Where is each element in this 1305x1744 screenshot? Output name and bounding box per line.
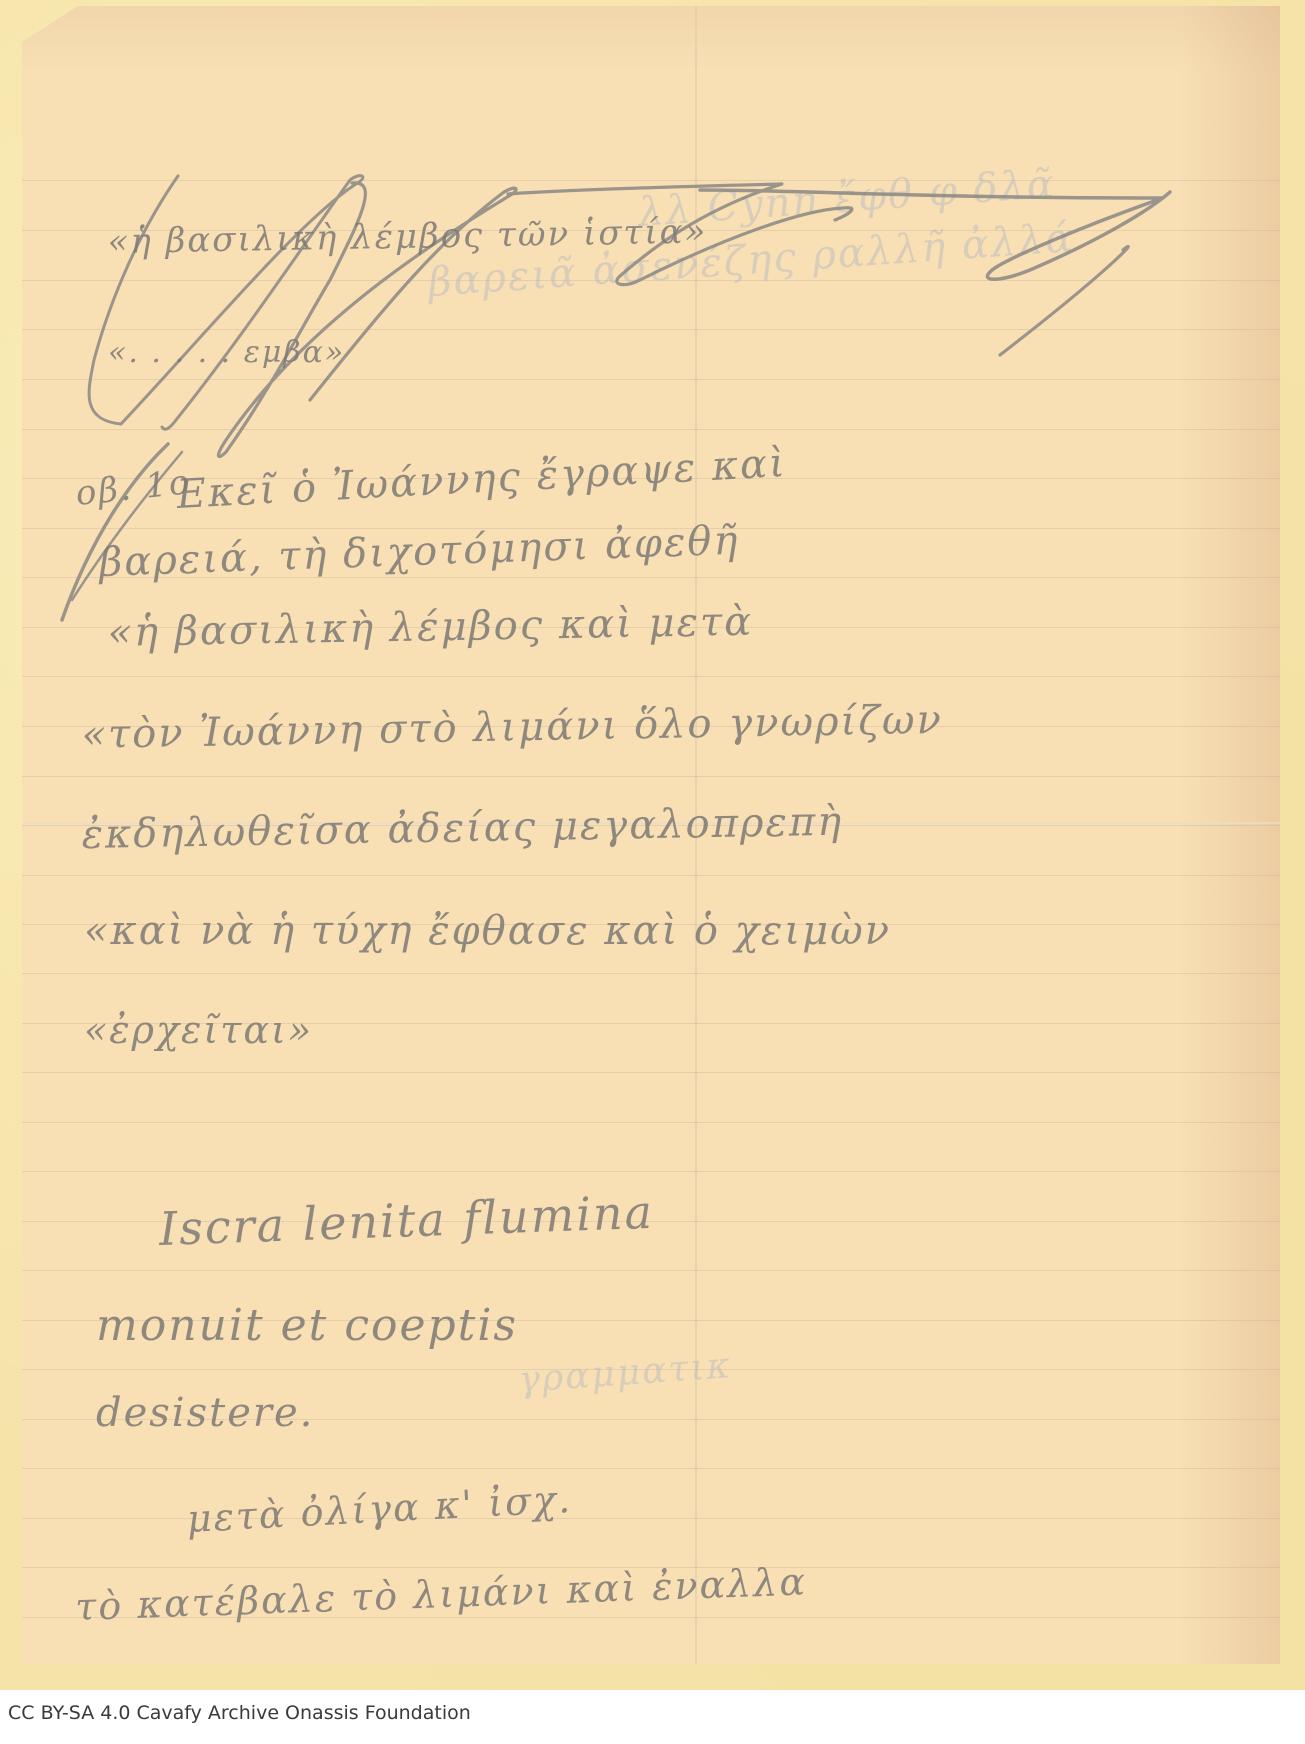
cancelled-line-2: «. . . . . εμβα» (108, 335, 345, 370)
text-line-7: «ἐρχεῖται» (84, 1008, 313, 1052)
latin-line-2: monuit et coeptis (96, 1300, 518, 1351)
credit-footer: CC BY-SA 4.0 Cavafy Archive Onassis Foun… (0, 1690, 1305, 1744)
license-credit: CC BY-SA 4.0 Cavafy Archive Onassis Foun… (8, 1702, 471, 1724)
text-line-6: «καὶ νὰ ἡ τύχη ἔφθασε καὶ ὁ χειμὼν (84, 908, 891, 954)
latin-line-3: desistere. (96, 1390, 314, 1436)
